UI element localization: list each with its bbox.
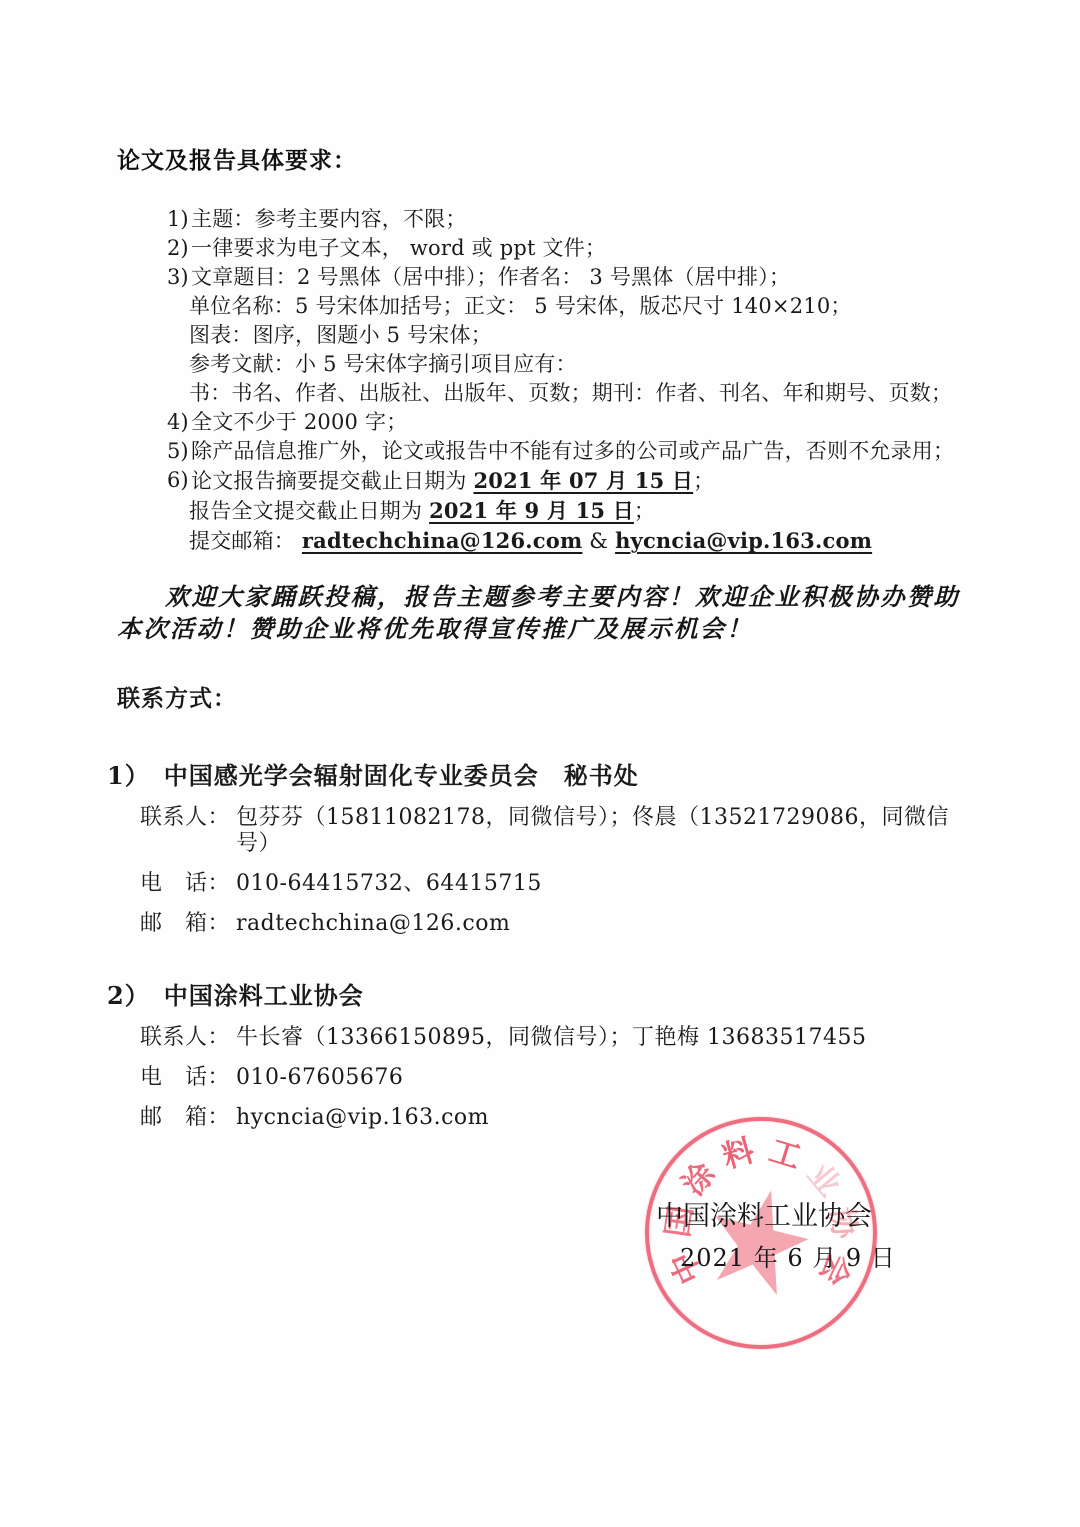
item-text: 单位名称：5 号宋体加括号；正文： 5 号宋体，版芯尺寸 140×210； bbox=[189, 292, 852, 321]
abstract-deadline-line: 论文报告摘要提交截止日期为 2021 年 07 月 15 日； bbox=[191, 466, 714, 496]
contact-section-2: 2）中国涂料工业协会 联系人： 牛长睿（13366150895，同微信号）；丁艳… bbox=[117, 981, 980, 1131]
welcome-paragraph: 欢迎大家踊跃投稿，报告主题参考主要内容！欢迎企业积极协办赞助本次活动！赞助企业将… bbox=[117, 581, 980, 645]
row-label: 电 话： bbox=[140, 871, 230, 897]
row-label: 电 话： bbox=[140, 1065, 230, 1091]
official-seal-stamp: 中 国 涂 料 工 业 协 会 bbox=[645, 1117, 877, 1349]
requirement-item-4: 4) 全文不少于 2000 字； bbox=[167, 408, 980, 437]
requirement-item-6: 6) 论文报告摘要提交截止日期为 2021 年 07 月 15 日； bbox=[167, 466, 980, 496]
requirement-item-3-line-2: 单位名称：5 号宋体加括号；正文： 5 号宋体，版芯尺寸 140×210； bbox=[189, 292, 980, 321]
item-text: 主题：参考主要内容，不限； bbox=[191, 205, 467, 234]
item-number: 3) bbox=[167, 263, 191, 292]
deadline-suffix: ； bbox=[634, 499, 655, 523]
deadline-suffix: ； bbox=[693, 469, 714, 493]
row-label: 邮 箱： bbox=[140, 911, 230, 937]
requirement-item-3: 3) 文章题目：2 号黑体（居中排）；作者名： 3 号黑体（居中排）； bbox=[167, 263, 980, 292]
row-label: 联系人： bbox=[140, 1025, 230, 1051]
item-number: 5) bbox=[167, 437, 191, 466]
item-text: 参考文献：小 5 号宋体字摘引项目应有： bbox=[189, 350, 577, 379]
contact-org-1: 1）中国感光学会辐射固化专业委员会 秘书处 bbox=[107, 761, 980, 791]
org-name: 中国感光学会辐射固化专业委员会 秘书处 bbox=[164, 762, 639, 790]
signature-date: 2021 年 6 月 9 日 bbox=[680, 1238, 896, 1273]
submit-email-1: radtechchina@126.com bbox=[302, 528, 583, 553]
section-number: 1） bbox=[107, 761, 150, 790]
section-number: 2） bbox=[107, 981, 150, 1010]
row-value: hycncia@vip.163.com bbox=[236, 1105, 489, 1131]
phone-row: 电 话： 010-67605676 bbox=[140, 1065, 980, 1091]
item-text: 书：书名、作者、出版社、出版年、页数；期刊：作者、刊名、年和期号、页数； bbox=[189, 379, 952, 408]
fulltext-deadline-line: 报告全文提交截止日期为 2021 年 9 月 15 日； bbox=[189, 496, 655, 526]
submit-email-line: 提交邮箱： radtechchina@126.com & hycncia@vip… bbox=[189, 526, 872, 556]
item-number: 2) bbox=[167, 234, 191, 263]
item-number: 4) bbox=[167, 408, 191, 437]
row-label: 邮 箱： bbox=[140, 1105, 230, 1131]
item-text: 文章题目：2 号黑体（居中排）；作者名： 3 号黑体（居中排）； bbox=[191, 263, 790, 292]
signature-org-name: 中国涂料工业协会 bbox=[656, 1194, 872, 1233]
email-separator: & bbox=[582, 529, 615, 553]
requirement-item-5: 5) 除产品信息推广外，论文或报告中不能有过多的公司或产品广告，否则不允录用； bbox=[167, 437, 980, 466]
contact-org-2: 2）中国涂料工业协会 bbox=[107, 981, 980, 1011]
requirement-item-3-line-4: 参考文献：小 5 号宋体字摘引项目应有： bbox=[189, 350, 980, 379]
requirement-item-6-line-2: 报告全文提交截止日期为 2021 年 9 月 15 日； bbox=[189, 496, 980, 526]
item-text: 图表：图序，图题小 5 号宋体； bbox=[189, 321, 492, 350]
row-value: 包芬芬（15811082178，同微信号）；佟晨（13521729086，同微信… bbox=[236, 805, 980, 857]
requirement-item-3-line-5: 书：书名、作者、出版社、出版年、页数；期刊：作者、刊名、年和期号、页数； bbox=[189, 379, 980, 408]
contact-section-1: 1）中国感光学会辐射固化专业委员会 秘书处 联系人： 包芬芬（158110821… bbox=[117, 761, 980, 937]
item-text: 全文不少于 2000 字； bbox=[191, 408, 407, 437]
contact-person-row: 联系人： 包芬芬（15811082178，同微信号）；佟晨（1352172908… bbox=[140, 805, 980, 857]
fulltext-deadline-date: 2021 年 9 月 15 日 bbox=[429, 498, 634, 523]
row-value: 010-67605676 bbox=[236, 1065, 403, 1091]
abstract-deadline-date: 2021 年 07 月 15 日 bbox=[473, 468, 693, 493]
requirements-list: 1) 主题：参考主要内容，不限； 2) 一律要求为电子文本， word 或 pp… bbox=[117, 205, 980, 556]
item-text: 除产品信息推广外，论文或报告中不能有过多的公司或产品广告，否则不允录用； bbox=[191, 437, 954, 466]
requirement-item-2: 2) 一律要求为电子文本， word 或 ppt 文件； bbox=[167, 234, 980, 263]
contact-person-row: 联系人： 牛长睿（13366150895，同微信号）；丁艳梅 136835174… bbox=[140, 1025, 980, 1051]
row-value: 010-64415732、64415715 bbox=[236, 871, 542, 897]
submit-email-label: 提交邮箱： bbox=[189, 529, 302, 553]
row-label: 联系人： bbox=[140, 805, 230, 857]
requirement-item-3-line-3: 图表：图序，图题小 5 号宋体； bbox=[189, 321, 980, 350]
item-number: 1) bbox=[167, 205, 191, 234]
requirement-item-1: 1) 主题：参考主要内容，不限； bbox=[167, 205, 980, 234]
scanned-document-page: 论文及报告具体要求： 1) 主题：参考主要内容，不限； 2) 一律要求为电子文本… bbox=[0, 0, 1080, 1527]
row-value: radtechchina@126.com bbox=[236, 911, 510, 937]
row-value: 牛长睿（13366150895，同微信号）；丁艳梅 13683517455 bbox=[236, 1025, 866, 1051]
deadline-prefix: 论文报告摘要提交截止日期为 bbox=[191, 469, 473, 493]
email-row: 邮 箱： radtechchina@126.com bbox=[140, 911, 980, 937]
submit-email-2: hycncia@vip.163.com bbox=[615, 528, 872, 553]
requirement-item-6-line-3: 提交邮箱： radtechchina@126.com & hycncia@vip… bbox=[189, 526, 980, 556]
item-text: 一律要求为电子文本， word 或 ppt 文件； bbox=[191, 234, 606, 263]
org-name: 中国涂料工业协会 bbox=[164, 982, 364, 1010]
deadline-prefix: 报告全文提交截止日期为 bbox=[189, 499, 429, 523]
contacts-heading: 联系方式： bbox=[117, 683, 980, 715]
item-number: 6) bbox=[167, 466, 191, 496]
document-title: 论文及报告具体要求： bbox=[117, 145, 980, 177]
phone-row: 电 话： 010-64415732、64415715 bbox=[140, 871, 980, 897]
